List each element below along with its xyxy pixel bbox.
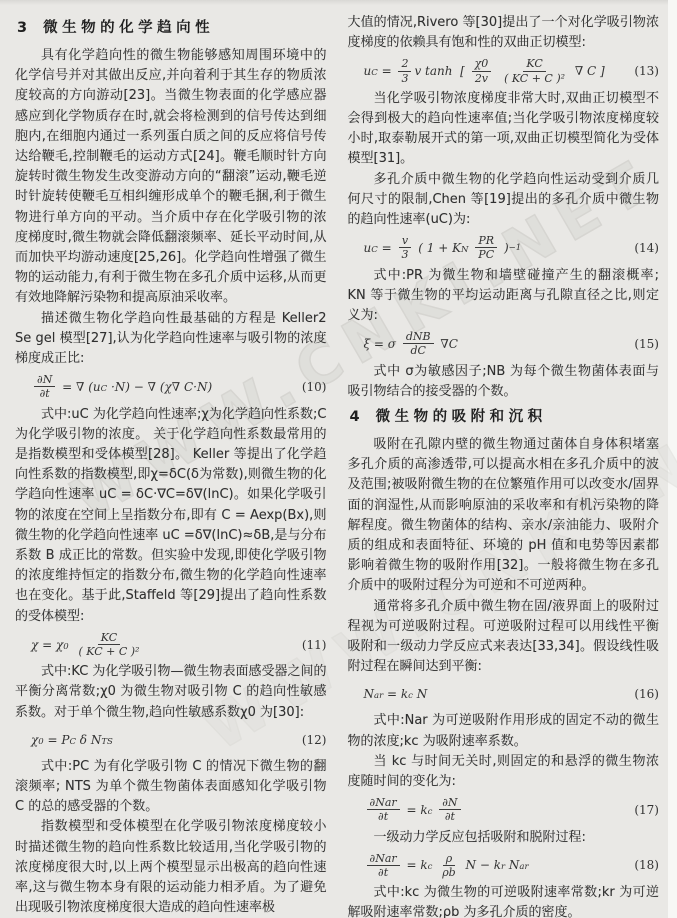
left-column: 3 微生物的化学趋向性 具有化学趋向性的微生物能够感知周围环境中的化学信号并对其…: [15, 13, 327, 918]
equation-13-body: uC = 23v tanh [ χ02v KC( KC + C )² ∇ C ]: [364, 57, 605, 84]
equation-17-body: ∂Nar∂t = kc ∂N∂t: [364, 796, 464, 823]
paragraph-keller-segel-intro: 描述微生物化学趋向性最基础的方程是 Keller2 Se gel 模型[27],…: [15, 309, 327, 370]
equation-18: ∂Nar∂t = kc ρρb N − kr Nar (18): [364, 852, 626, 879]
section-3-number: 3: [17, 20, 27, 36]
paragraph-tumble-frequency: 式中:PC 为有化学吸引物 C 的情况下微生物的翻滚频率; NTS 为单个微生物…: [15, 757, 327, 818]
equation-18-body: ∂Nar∂t = kc ρρb N − kr Nar: [364, 852, 529, 879]
section-4-number: 4: [350, 409, 360, 425]
section-3-title: 微生物的化学趋向性: [43, 16, 214, 37]
equation-11-body: χ = χ0 KC( KC + C )²: [31, 631, 145, 658]
equation-17: ∂Nar∂t = kc ∂N∂t (17): [364, 796, 626, 823]
paragraph-sensitivity-factor: 式中 σ为敏感因子;NB 为每个微生物菌体表面与吸引物结合的接受器的个数。: [348, 362, 660, 402]
equation-12-body: χ0 = PC δ NTS: [31, 733, 113, 747]
equation-11: χ = χ0 KC( KC + C )² (11): [31, 631, 293, 658]
paragraph-exponential-model: 式中:uC 为化学趋向性速率;χ为化学趋向性系数;C为化学吸引物的浓度。 关于化…: [15, 405, 327, 627]
right-column: 大值的情况,Rivero 等[30]提出了一个对化学吸引物浓度梯度的依赖具有饱和…: [348, 13, 660, 918]
paragraph-adsorption-intro: 吸附在孔隙内壁的微生物通过菌体自身体积堵塞多孔介质的高渗透带,可以提高水相在多孔…: [348, 435, 660, 597]
paragraph-time-independent: 当 kc 与时间无关时,则固定的和悬浮的微生物浓度随时间的变化为:: [348, 752, 660, 792]
paragraph-model-limitations: 指数模型和受体模型在化学吸引物浓度梯度较小时描述微生物的趋向性系数比较适用,当化…: [15, 817, 327, 918]
paragraph-collision-probability: 式中:PR 为微生物和墙壁碰撞产生的翻滚概率; KN 等于微生物的平均运动距离与…: [348, 266, 660, 327]
equation-14-body: uC = v3 ( 1 + KN PRPC )−1: [364, 234, 522, 261]
paragraph-reversible-adsorption: 通常将多孔介质中微生物在固/液界面上的吸附过程视为可逆吸附过程。可逆吸附过程可以…: [348, 597, 660, 678]
paragraph-adsorption-constants: 式中:Nar 为可逆吸附作用形成的固定不动的微生物的浓度;kc 为吸附速率系数。: [348, 711, 660, 751]
section-4-title: 微生物的吸附和沉积: [376, 405, 547, 426]
equation-14: uC = v3 ( 1 + KN PRPC )−1 (14): [364, 234, 626, 261]
two-column-layout: 3 微生物的化学趋向性 具有化学趋向性的微生物能够感知周围环境中的化学信号并对其…: [0, 0, 677, 918]
equation-16: Nar = kc N (16): [364, 681, 626, 707]
equation-16-body: Nar = kc N: [364, 687, 428, 701]
paragraph-chemotaxis-intro: 具有化学趋向性的微生物能够感知周围环境中的化学信号并对其做出反应,并向着利于其生…: [15, 46, 327, 309]
equation-14-number: (14): [634, 241, 659, 255]
equation-13: uC = 23v tanh [ χ02v KC( KC + C )² ∇ C ]…: [364, 57, 626, 84]
paragraph-porous-media-limit: 多孔介质中微生物的化学趋向性运动受到介质几何尺寸的限制,Chen 等[19]提出…: [348, 170, 660, 231]
paragraph-rivero-model: 大值的情况,Rivero 等[30]提出了一个对化学吸引物浓度梯度的依赖具有饱和…: [348, 13, 660, 53]
section-3-heading: 3 微生物的化学趋向性: [17, 16, 327, 37]
equation-11-number: (11): [302, 638, 327, 652]
equation-18-number: (18): [634, 858, 659, 872]
scanned-paper-page: WWW.CNKI.NET WWW.CNKI.NET 3 微生物的化学趋向性 具有…: [0, 0, 677, 918]
equation-16-number: (16): [634, 687, 659, 701]
equation-15-body: ξ = σ dNBdC ∇C: [364, 330, 458, 357]
paragraph-tanh-discussion: 当化学吸引物浓度梯度非常大时,双曲正切模型不会得到极大的趋向性速率值;当化学吸引…: [348, 89, 660, 170]
equation-12: χ0 = PC δ NTS (12): [31, 727, 293, 753]
paragraph-rate-constants: 式中:kc 为微生物的可逆吸附速率常数;kr 为可逆解吸附速率常数;ρb 为多孔…: [348, 883, 660, 918]
equation-10-number: (10): [302, 380, 327, 394]
equation-17-number: (17): [634, 803, 659, 817]
equation-15-number: (15): [634, 337, 659, 351]
paragraph-receptor-constants: 式中:KC 为化学吸引物—微生物表面感受器之间的平衡分离常数;χ0 为微生物对吸…: [15, 662, 327, 723]
equation-10-body: ∂N∂t = ∇ (uC ·N) − ∇ (χ∇ C·N): [31, 373, 212, 400]
section-4-heading: 4 微生物的吸附和沉积: [350, 405, 660, 426]
equation-15: ξ = σ dNBdC ∇C (15): [364, 330, 626, 357]
equation-12-number: (12): [302, 733, 327, 747]
equation-13-number: (13): [634, 64, 659, 78]
paragraph-first-order-kinetics: 一级动力学反应包括吸附和脱附过程:: [348, 828, 660, 848]
equation-10: ∂N∂t = ∇ (uC ·N) − ∇ (χ∇ C·N) (10): [31, 373, 293, 400]
